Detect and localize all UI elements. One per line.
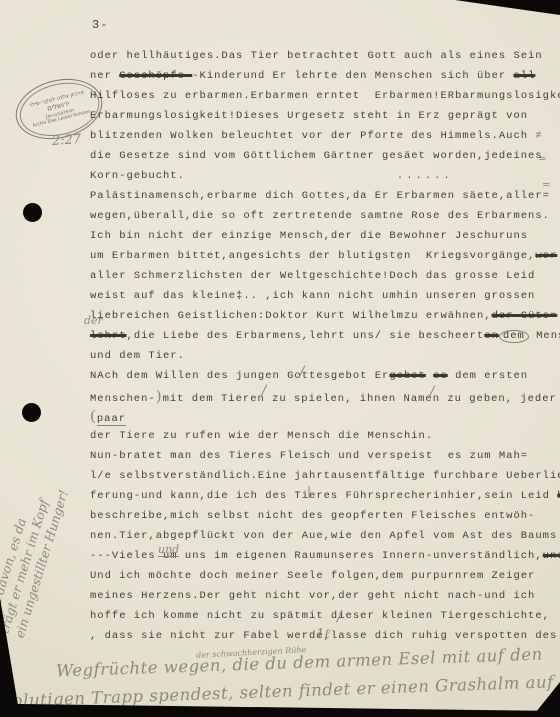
typed-segment: ferung-und kann,die ich des Tieres Führs… [90, 490, 557, 502]
stamp-city-hebrew: ירושלים [29, 95, 88, 117]
typed-segment: Korn-gebucht. [90, 170, 185, 182]
typed-segment-pencil-under: paar [97, 413, 126, 426]
pencil-mark: | [307, 484, 311, 498]
typed-segment: der Tiere zu rufen wie der Mensch die Me… [90, 430, 433, 442]
typed-line: l/e selbstverständlich.Eine jahrtausentf… [90, 466, 560, 486]
handwritten-margin-note: Platz davon, es daträgt er mehr im Kopfe… [0, 404, 95, 640]
typed-line: Und ich möchte doch meiner Seele folgen,… [90, 566, 560, 586]
typed-line: aller Schmerzlichsten der Weltgeschichte… [90, 266, 560, 286]
typed-segment: Mensche [529, 330, 560, 342]
pencil-mark: / [300, 364, 304, 379]
typed-segment: wegen,überall,die so oft zertretende sam… [90, 210, 550, 222]
typed-segment: blitzenden Wolken beleuchtet vor der Pfo… [90, 130, 535, 142]
typed-segment: meines Herzens.Der geht nicht vor,der ge… [90, 590, 535, 602]
typed-line: Palästinamensch,erbarme dich Gottes,da E… [90, 186, 560, 206]
typed-segment: dem ersten [448, 370, 528, 382]
typed-line: (paar [90, 406, 560, 426]
handwritten-insert-der: der [84, 314, 103, 327]
typed-segment: Und ich möchte doch meiner Seele folgen,… [90, 570, 535, 582]
typed-line: NAch dem Willen des jungen Gottesgebot E… [90, 366, 560, 386]
typed-segment: Hilfloses zu erbarmen.Erbarmen erntet Er… [90, 90, 560, 102]
typed-segment-strike: wor [535, 250, 557, 262]
typed-line: meines Herzens.Der geht nicht vor,der ge… [90, 586, 560, 606]
typed-segment: nen.Tier,abgepflückt von der Aue,wie den… [90, 530, 557, 542]
archive-number: 2:27 [52, 132, 82, 149]
typed-segment: -Kinderund Er lehrte den Menschen sich ü… [192, 70, 513, 82]
typed-segment: NAch dem Willen des jungen Gottesgebot E… [90, 370, 389, 382]
typed-line: beschreibe,mich selbst nicht des geopfer… [90, 506, 560, 526]
typed-line: hoffe ich komme nicht zu spätmit dieser … [90, 606, 560, 626]
typed-segment: l/e selbstverständlich.Eine jahrtausentf… [90, 470, 560, 482]
typed-line: Ich bin nicht der einzige Mensch,der die… [90, 226, 560, 246]
hole-punch-bottom [22, 403, 41, 422]
typed-segment: Nun-bratet man des Tieres Fleisch und ve… [90, 450, 528, 462]
page-number: 3- [92, 18, 108, 32]
typed-segment-strike: en [484, 330, 499, 342]
typed-segment: und dem Tier. [90, 350, 185, 362]
handwritten-insert-und: und [158, 543, 179, 557]
manuscript-page: 3- ארכיון אלזה לסקר-שילר ירושלים Jerusal… [0, 0, 560, 717]
stamp-city: Jerusalem [31, 104, 90, 124]
stamp-hebrew-arc: ארכיון אלזה לסקר-שילר [27, 89, 86, 110]
pencil-mark: / [262, 383, 266, 398]
pencil-mark: = [538, 154, 546, 165]
stamp-archive-name: Archiv Else Lasker-Schüler [32, 109, 91, 129]
typed-segment-strike: all [513, 70, 535, 82]
typed-line: ferung-und kann,die ich des Tieres Führs… [90, 486, 560, 506]
typed-segment: Menschen- [90, 393, 156, 405]
typed-segment: Erbarmungslosigkeit!Dieses Urgesetz steh… [90, 110, 528, 122]
typed-line: der Tiere zu rufen wie der Mensch die Me… [90, 426, 560, 446]
typed-segment: aller Schmerzlichsten der Weltgeschichte… [90, 270, 535, 282]
typed-line: blitzenden Wolken beleuchtet vor der Pfo… [90, 126, 560, 146]
typed-line: oder hellhäutiges.Das Tier betrachtet Go… [90, 46, 560, 66]
typed-segment-pencil: ≠ [535, 130, 542, 142]
typed-line: Menschen-)mit dem Tieren zu spielen, ihn… [90, 386, 560, 406]
scan-background: 3- ארכיון אלזה לסקר-שילר ירושלים Jerusal… [0, 0, 560, 717]
pencil-mark: / [337, 610, 341, 625]
typed-line: weist auf das kleine‡.. ,ich kann nicht … [90, 286, 560, 306]
typed-segment: Ich bin nicht der einzige Mensch,der die… [90, 230, 528, 242]
typed-segment: oder hellhäutiges.Das Tier betrachtet Go… [90, 50, 543, 62]
archive-stamp-text: ארכיון אלזה לסקר-שילר ירושלים Jerusalem … [27, 89, 91, 129]
pencil-mark: = [542, 180, 550, 191]
typed-segment: ,die Liebe des Erbarmens,lehrt uns/ sie … [127, 330, 485, 342]
typed-segment-circle: dem [499, 330, 529, 343]
typed-segment: um Erbarmen bittet,angesichts der blutig… [90, 250, 535, 262]
typed-line: liebreichen Geistlichen:Doktor Kurt Wilh… [90, 306, 560, 326]
typed-segment-strike: es [433, 370, 448, 382]
typed-segment-strike: Geschöpfe [119, 70, 192, 82]
typed-segment-pencil-big: ) [156, 387, 163, 405]
typed-segment: liebreichen Geistlichen:Doktor Kurt Wilh… [90, 310, 492, 322]
pencil-mark: 1ℓ [316, 626, 330, 642]
typed-line: lehrt,die Liebe des Erbarmens,lehrt uns/… [90, 326, 560, 346]
typed-segment: beschreibe,mich selbst nicht des geopfer… [90, 510, 535, 522]
typed-line: wegen,überall,die so oft zertretende sam… [90, 206, 560, 226]
typed-segment: hoffe ich komme nicht zu spätmit dieser … [90, 610, 550, 622]
typed-segment-dots: ...... [397, 170, 453, 182]
typed-line: Korn-gebucht....... [90, 166, 560, 186]
typed-segment: Palästinamensch,erbarme dich Gottes,da E… [90, 190, 550, 202]
typed-segment-strike: der Güte= [492, 310, 558, 322]
typed-segment-strike: uns [543, 550, 560, 562]
typed-segment: ner [90, 70, 119, 82]
typed-segment: weist auf das kleine‡.. ,ich kann nicht … [90, 290, 535, 302]
typed-line: Erbarmungslosigkeit!Dieses Urgesetz steh… [90, 106, 560, 126]
typed-line: und dem Tier. [90, 346, 560, 366]
pencil-mark: ″ [398, 257, 402, 268]
typed-segment: die Gesetze sind vom Göttlichem Gärtner … [90, 150, 543, 162]
typed-line: Hilfloses zu erbarmen.Erbarmen erntet Er… [90, 86, 560, 106]
typed-segment: mit dem Tieren zu spielen, ihnen Namen z… [163, 393, 557, 405]
typed-line: ner Geschöpfe -Kinderund Er lehrte den M… [90, 66, 560, 86]
typed-line: die Gesetze sind vom Göttlichem Gärtner … [90, 146, 560, 166]
typed-segment-strike: gebot [389, 370, 426, 382]
typed-segment-strike: lehrt [90, 330, 127, 342]
typed-line: um Erbarmen bittet,angesichts der blutig… [90, 246, 560, 266]
pencil-mark: / [430, 384, 434, 399]
hole-punch-top [23, 203, 42, 222]
typed-line: Nun-bratet man des Tieres Fleisch und ve… [90, 446, 560, 466]
